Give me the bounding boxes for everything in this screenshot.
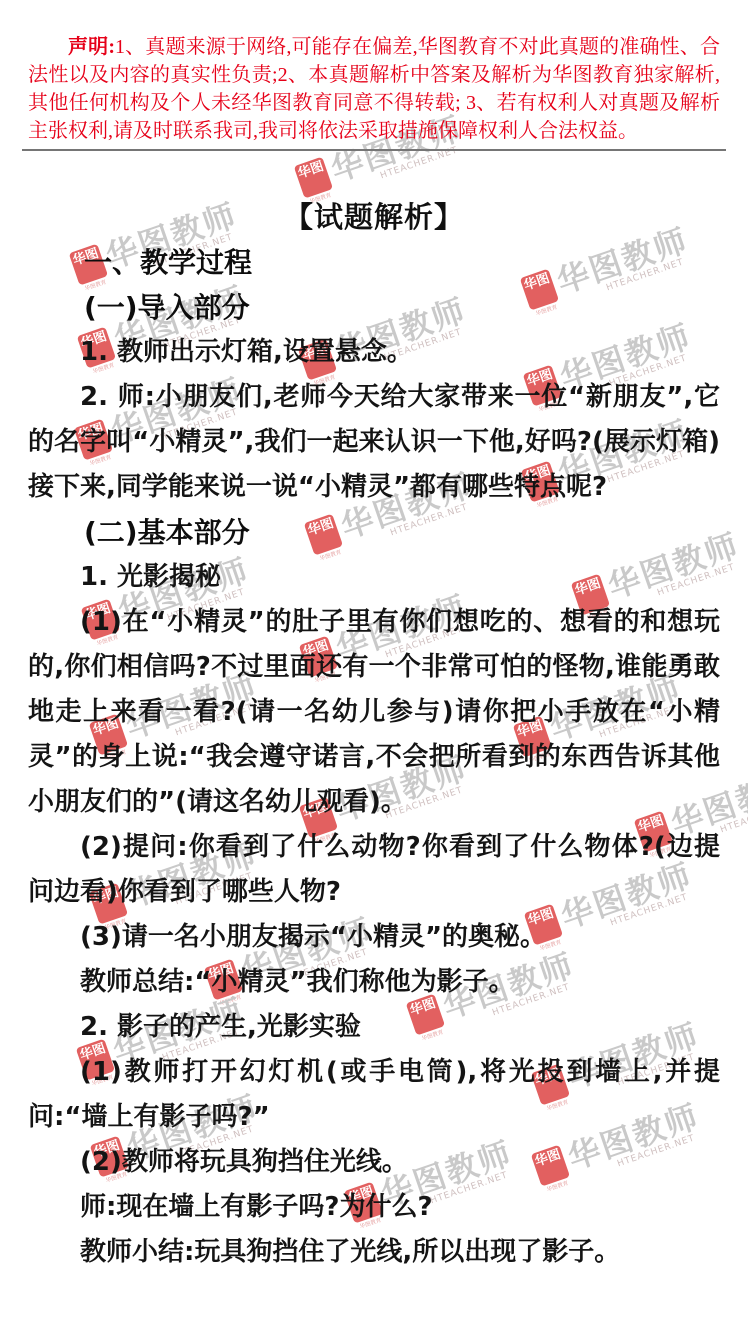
document-page: 华图华图教育华图教师HTEACHER.NET华图华图教育华图教师HTEACHER…: [0, 0, 748, 1335]
body-paragraph: 1. 光影揭秘: [28, 555, 720, 600]
section-heading: (二)基本部分: [28, 510, 720, 555]
disclaimer-label: 声明:: [68, 36, 115, 58]
body-paragraph: 教师总结:“小精灵”我们称他为影子。: [28, 960, 720, 1005]
body-paragraph: 2. 师:小朋友们,老师今天给大家带来一位“新朋友”,它的名字叫“小精灵”,我们…: [28, 375, 720, 510]
body-paragraph: 教师小结:玩具狗挡住了光线,所以出现了影子。: [28, 1230, 720, 1275]
body-paragraph: (1)教师打开幻灯机(或手电筒),将光投到墙上,并提问:“墙上有影子吗?”: [28, 1050, 720, 1140]
section-heading: 一、教学过程: [28, 240, 720, 285]
disclaimer-text: 声明:1、真题来源于网络,可能存在偏差,华图教育不对此真题的准确性、合法性以及内…: [28, 33, 720, 145]
body-paragraph: (2)提问:你看到了什么动物?你看到了什么物体?(边提问边看)你看到了哪些人物?: [28, 825, 720, 915]
body-paragraph: (3)请一名小朋友揭示“小精灵”的奥秘。: [28, 915, 720, 960]
disclaimer-body: 1、真题来源于网络,可能存在偏差,华图教育不对此真题的准确性、合法性以及内容的真…: [28, 36, 720, 142]
body-paragraph: (1)在“小精灵”的肚子里有你们想吃的、想看的和想玩的,你们相信吗?不过里面还有…: [28, 600, 720, 825]
page-title: 【试题解析】: [28, 195, 720, 240]
body-paragraph: (2)教师将玩具狗挡住光线。: [28, 1140, 720, 1185]
section-heading: (一)导入部分: [28, 285, 720, 330]
separator-rule: [22, 149, 726, 151]
paragraph-list: 一、教学过程(一)导入部分1. 教师出示灯箱,设置悬念。2. 师:小朋友们,老师…: [28, 240, 720, 1275]
body-paragraph: 1. 教师出示灯箱,设置悬念。: [28, 330, 720, 375]
body-paragraph: 2. 影子的产生,光影实验: [28, 1005, 720, 1050]
body-paragraph: 师:现在墙上有影子吗?为什么?: [28, 1185, 720, 1230]
document-content: 声明:1、真题来源于网络,可能存在偏差,华图教育不对此真题的准确性、合法性以及内…: [0, 33, 748, 1275]
